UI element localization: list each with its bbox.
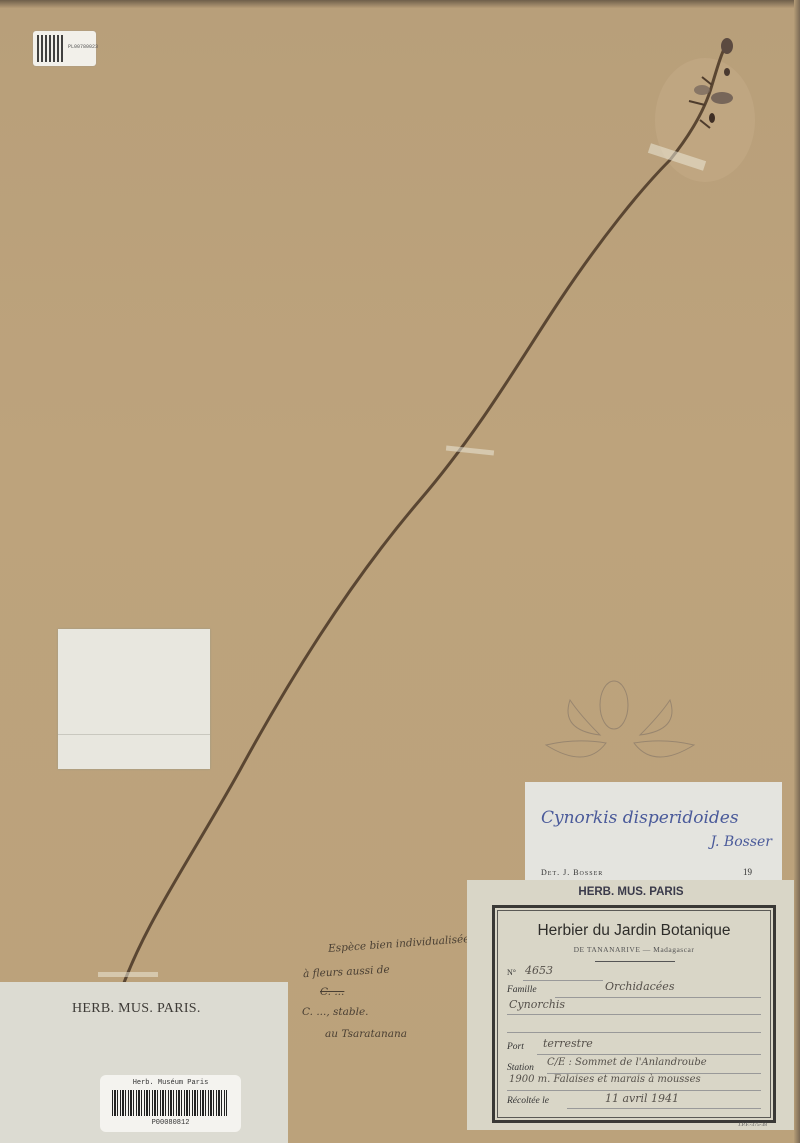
field-line [507, 1014, 761, 1015]
mounting-tape [98, 972, 158, 977]
recoltee-value: 11 avril 1941 [605, 1092, 679, 1105]
det-by: Det. J. Bosser [541, 868, 603, 877]
det-year: 19 [743, 867, 752, 877]
no-value: 4653 [525, 964, 553, 977]
genus-value: Cynorchis [509, 998, 565, 1011]
field-line [555, 997, 761, 998]
collection-label: HERB. MUS. PARIS Herbier du Jardin Botan… [467, 880, 795, 1130]
no-label: N° [507, 968, 516, 977]
note-line-3-struck: C. ... [320, 986, 344, 998]
collection-label-header: HERB. MUS. PARIS [467, 886, 795, 898]
det-author: J. Bosser [711, 834, 773, 850]
port-value: terrestre [543, 1037, 593, 1050]
recoltee-label: Récoltée le [507, 1096, 549, 1106]
determination-label: Cynorkis disperidoides J. Bosser Det. J.… [525, 782, 782, 881]
note-line-4: C. ..., stable. [302, 1006, 369, 1018]
field-line [537, 1054, 761, 1055]
station-label: Station [507, 1063, 534, 1073]
field-line [567, 1108, 761, 1109]
famille-label: Famille [507, 985, 537, 995]
envelope-flap [58, 734, 210, 735]
fragment-envelope[interactable] [58, 629, 210, 769]
field-line [523, 980, 603, 981]
printer-code: J.P.F.-375-38 [738, 1122, 767, 1128]
port-label: Port [507, 1042, 524, 1052]
field-line [507, 1090, 761, 1091]
famille-value: Orchidacées [605, 980, 674, 993]
herb-mus-paris-text: HERB. MUS. PARIS. [72, 1001, 201, 1017]
note-line-5: au Tsaratanana [325, 1028, 407, 1040]
barcode-icon [112, 1090, 227, 1116]
divider [595, 961, 675, 962]
collection-label-title: Herbier du Jardin Botanique [495, 922, 773, 940]
collection-label-subtitle: DE TANANARIVE — Madagascar [495, 945, 773, 954]
det-taxon-name: Cynorkis disperidoides [541, 808, 739, 828]
station-value-line1: C/E : Sommet de l'Anlandroube [547, 1057, 707, 1068]
herbarium-sheet: PL00780023 HERB. MUS. PARIS. Herb. Muséu… [0, 0, 800, 1143]
field-line [507, 1032, 761, 1033]
station-value-line2: 1900 m. Falaises et marais à mousses [509, 1074, 701, 1085]
collection-label-frame: Herbier du Jardin Botanique DE TANANARIV… [492, 905, 776, 1123]
barcode-label: Herb. Muséum Paris P00080812 [100, 1075, 241, 1132]
barcode-number: P00080812 [100, 1119, 241, 1127]
barcode-title: Herb. Muséum Paris [100, 1079, 241, 1087]
